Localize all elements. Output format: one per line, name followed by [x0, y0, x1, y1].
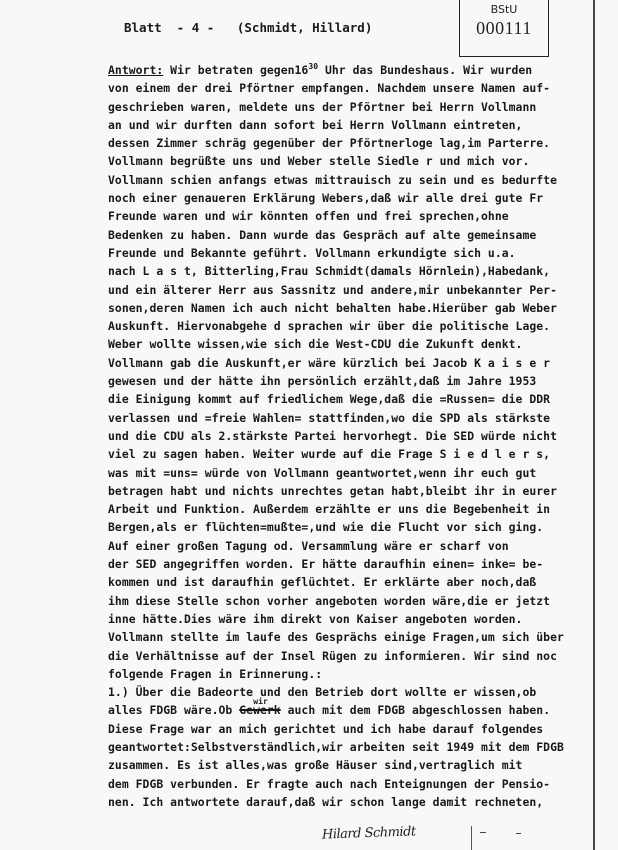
text-line: betragen habt und nichts unrechtes getan…	[108, 482, 598, 500]
text-line: zusammen. Es ist alles,was große Häuser …	[108, 756, 598, 774]
text-line: nach L a s t, Bitterling,Frau Schmidt(da…	[108, 262, 598, 280]
stamp-number: 000111	[460, 18, 548, 39]
text-line: folgende Fragen in Erinnerung.:	[108, 665, 598, 683]
text-line: Weber wollte wissen,wie sich die West-CD…	[108, 335, 598, 353]
answer-label: Antwort:	[108, 63, 163, 77]
text-line: Freunde und Bekannte geführt. Vollmann e…	[108, 244, 598, 262]
answer-text-cont: Uhr das Bundeshaus. Wir wurden	[318, 63, 532, 77]
text-line: dessen Zimmer schräg gegenüber der Pfört…	[108, 134, 598, 152]
text-line: inne hätte.Dies wäre ihm direkt von Kais…	[108, 610, 598, 628]
text-lines: von einem der drei Pförtner empfangen. N…	[108, 79, 598, 701]
stamp-label: BStU	[460, 3, 548, 16]
text-lines-final: Diese Frage war an mich gerichtet und ic…	[108, 720, 598, 811]
archive-stamp: BStU 000111	[459, 0, 549, 57]
text-line: Vollmann begrüßte uns und Weber stelle S…	[108, 152, 598, 170]
text-line: geantwortet:Selbstverständlich,wir arbei…	[108, 738, 598, 756]
text-line: verlassen und =freie Wahlen= stattfinden…	[108, 409, 598, 427]
text-line-correction: alles FDGB wäre.Ob Gewerkwir auch mit de…	[108, 701, 598, 719]
handwritten-signature: Hilard Schmidt	[322, 824, 416, 842]
text-line: sonen,deren Namen ich auch nicht behalte…	[108, 299, 598, 317]
text-line: geschrieben waren, meldete uns der Pfört…	[108, 98, 598, 116]
text-line: was mit =uns= würde von Vollmann geantwo…	[108, 464, 598, 482]
text-line: Bedenken zu haben. Dann wurde das Gesprä…	[108, 226, 598, 244]
document-page: BStU 000111 Blatt - 4 - (Schmidt, Hillar…	[0, 0, 618, 850]
text-line: die Verhältnisse auf der Insel Rügen zu …	[108, 647, 598, 665]
text-line: kommen und ist daraufhin geflüchtet. Er …	[108, 573, 598, 591]
time-superscript: 30	[308, 62, 318, 71]
text-line: Diese Frage war an mich gerichtet und ic…	[108, 720, 598, 738]
text-line: Antwort: Wir betraten gegen1630 Uhr das …	[108, 61, 598, 79]
correction-before: alles FDGB wäre.Ob	[108, 703, 239, 717]
pen-dash	[516, 833, 521, 834]
text-line: und die CDU als 2.stärkste Partei hervor…	[108, 427, 598, 445]
text-line: Auf einer großen Tagung od. Versammlung …	[108, 537, 598, 555]
inserted-word: wir	[253, 693, 268, 711]
text-line: viel zu sagen haben. Weiter wurde auf di…	[108, 445, 598, 463]
text-line: und ein älterer Herr aus Sassnitz und an…	[108, 281, 598, 299]
text-line: 1.) Über die Badeorte und den Betrieb do…	[108, 683, 598, 701]
text-line: der SED angegriffen worden. Er hätte dar…	[108, 555, 598, 573]
text-line: gewesen und der hätte ihn persönlich erz…	[108, 372, 598, 390]
text-line: die Einigung kommt auf friedlichem Wege,…	[108, 390, 598, 408]
text-line: nen. Ich antwortete darauf,daß wir schon…	[108, 793, 598, 811]
text-line: Vollmann stellte im laufe des Gesprächs …	[108, 628, 598, 646]
text-line: noch einer genaueren Erklärung Webers,da…	[108, 189, 598, 207]
pen-dash	[480, 832, 486, 833]
corrected-word: Gewerkwir	[239, 701, 280, 719]
text-line: Auskunft. Hiervonabgehe d sprachen wir ü…	[108, 317, 598, 335]
correction-after: auch mit dem FDGB abgeschlossen haben.	[281, 703, 550, 717]
text-line: Vollmann gab die Auskunft,er wäre kürzli…	[108, 354, 598, 372]
page-header: Blatt - 4 - (Schmidt, Hillard)	[124, 20, 372, 35]
text-line: Vollmann schien anfangs etwas mittrauisc…	[108, 171, 598, 189]
text-line: Arbeit und Funktion. Außerdem erzählte e…	[108, 500, 598, 518]
document-body: Antwort: Wir betraten gegen1630 Uhr das …	[108, 61, 598, 811]
text-line: Bergen,als er flüchten=mußte=,und wie di…	[108, 518, 598, 536]
text-line: an und wir durften dann sofort bei Herrn…	[108, 116, 598, 134]
text-line: ihm diese Stelle schon vorher angeboten …	[108, 592, 598, 610]
answer-text: Wir betraten gegen16	[163, 63, 308, 77]
text-line: Freunde waren und wir könnten offen und …	[108, 207, 598, 225]
text-line: von einem der drei Pförtner empfangen. N…	[108, 79, 598, 97]
pen-mark	[471, 826, 472, 850]
text-line: dem FDGB verbunden. Er fragte auch nach …	[108, 775, 598, 793]
